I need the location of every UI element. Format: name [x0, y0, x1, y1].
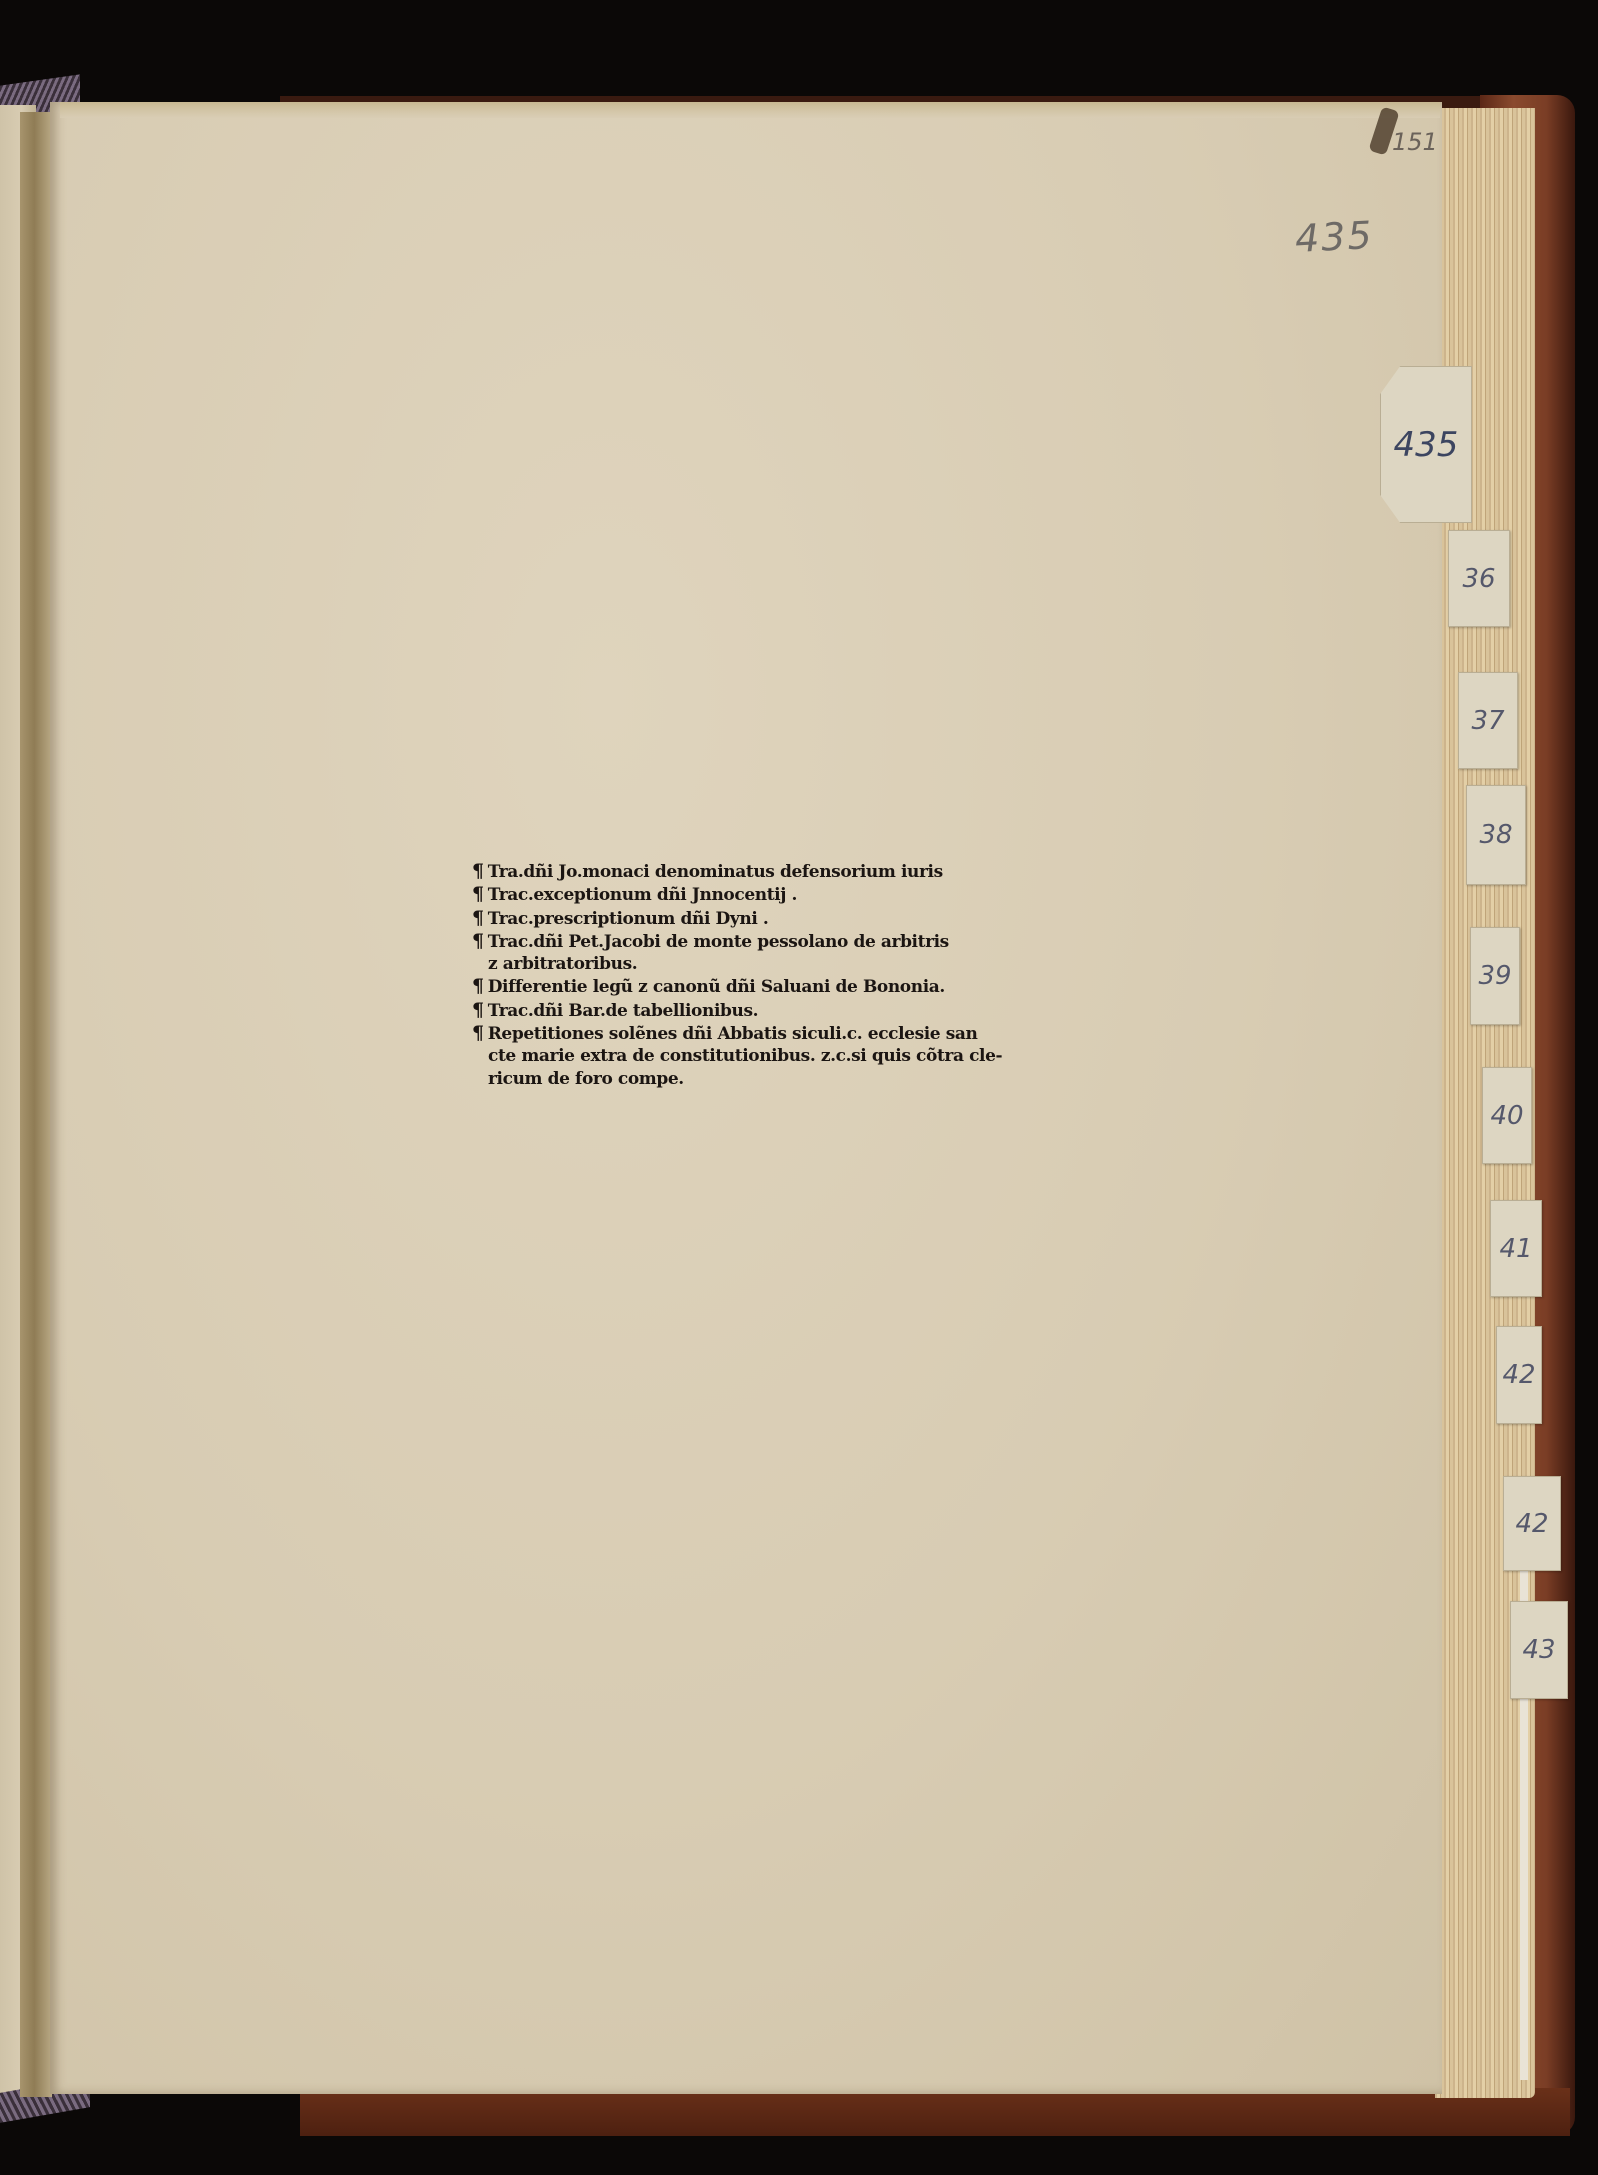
pilcrow-icon: ¶ — [472, 860, 484, 882]
pilcrow-icon: ¶ — [472, 1022, 484, 1044]
index-tab-41[interactable]: 41 — [1490, 1200, 1542, 1297]
text-line-continuation: cte marie extra de constitutionibus. z.c… — [472, 1045, 942, 1067]
text-line-continuation: ricum de foro compe. — [472, 1068, 942, 1090]
text-line: ¶Trac.prescriptionum dñi Dyni . — [472, 907, 942, 930]
text-line: ¶Trac.dñi Bar.de tabellionibus. — [472, 999, 942, 1022]
index-tab-43[interactable]: 43 — [1510, 1601, 1568, 1699]
text-line: ¶Tra.dñi Jo.monaci denominatus defensori… — [472, 860, 942, 883]
folio-number: 151 — [1392, 128, 1438, 156]
printed-text-block: ¶Tra.dñi Jo.monaci denominatus defensori… — [472, 860, 942, 1090]
pilcrow-icon: ¶ — [472, 907, 484, 929]
book-page — [50, 102, 1442, 2094]
pilcrow-icon: ¶ — [472, 883, 484, 905]
text-line: ¶Trac.dñi Pet.Jacobi de monte pessolano … — [472, 930, 942, 953]
binding-board-bottom — [300, 2088, 1570, 2136]
text-line: ¶Repetitiones solẽnes dñi Abbatis siculi… — [472, 1022, 942, 1045]
book-gutter — [20, 112, 52, 2097]
pilcrow-icon: ¶ — [472, 930, 484, 952]
index-tab-435[interactable]: 435 — [1380, 366, 1472, 523]
index-tab-39[interactable]: 39 — [1470, 927, 1520, 1025]
text-line: ¶Differentie legũ z canonũ dñi Saluani d… — [472, 975, 942, 998]
pilcrow-icon: ¶ — [472, 999, 484, 1021]
text-line: ¶Trac.exceptionum dñi Jnnocentij . — [472, 883, 942, 906]
text-line-continuation: z arbitratoribus. — [472, 953, 942, 975]
pilcrow-icon: ¶ — [472, 975, 484, 997]
index-tab-40[interactable]: 40 — [1482, 1067, 1532, 1164]
index-tab-42b[interactable]: 42 — [1503, 1476, 1561, 1571]
index-tab-38[interactable]: 38 — [1466, 785, 1526, 885]
index-tab-42[interactable]: 42 — [1496, 1326, 1542, 1424]
page-top-stain — [60, 102, 1440, 118]
pencil-page-number: 435 — [1294, 213, 1375, 261]
index-tab-36[interactable]: 36 — [1448, 530, 1510, 627]
index-tab-37[interactable]: 37 — [1458, 672, 1518, 769]
